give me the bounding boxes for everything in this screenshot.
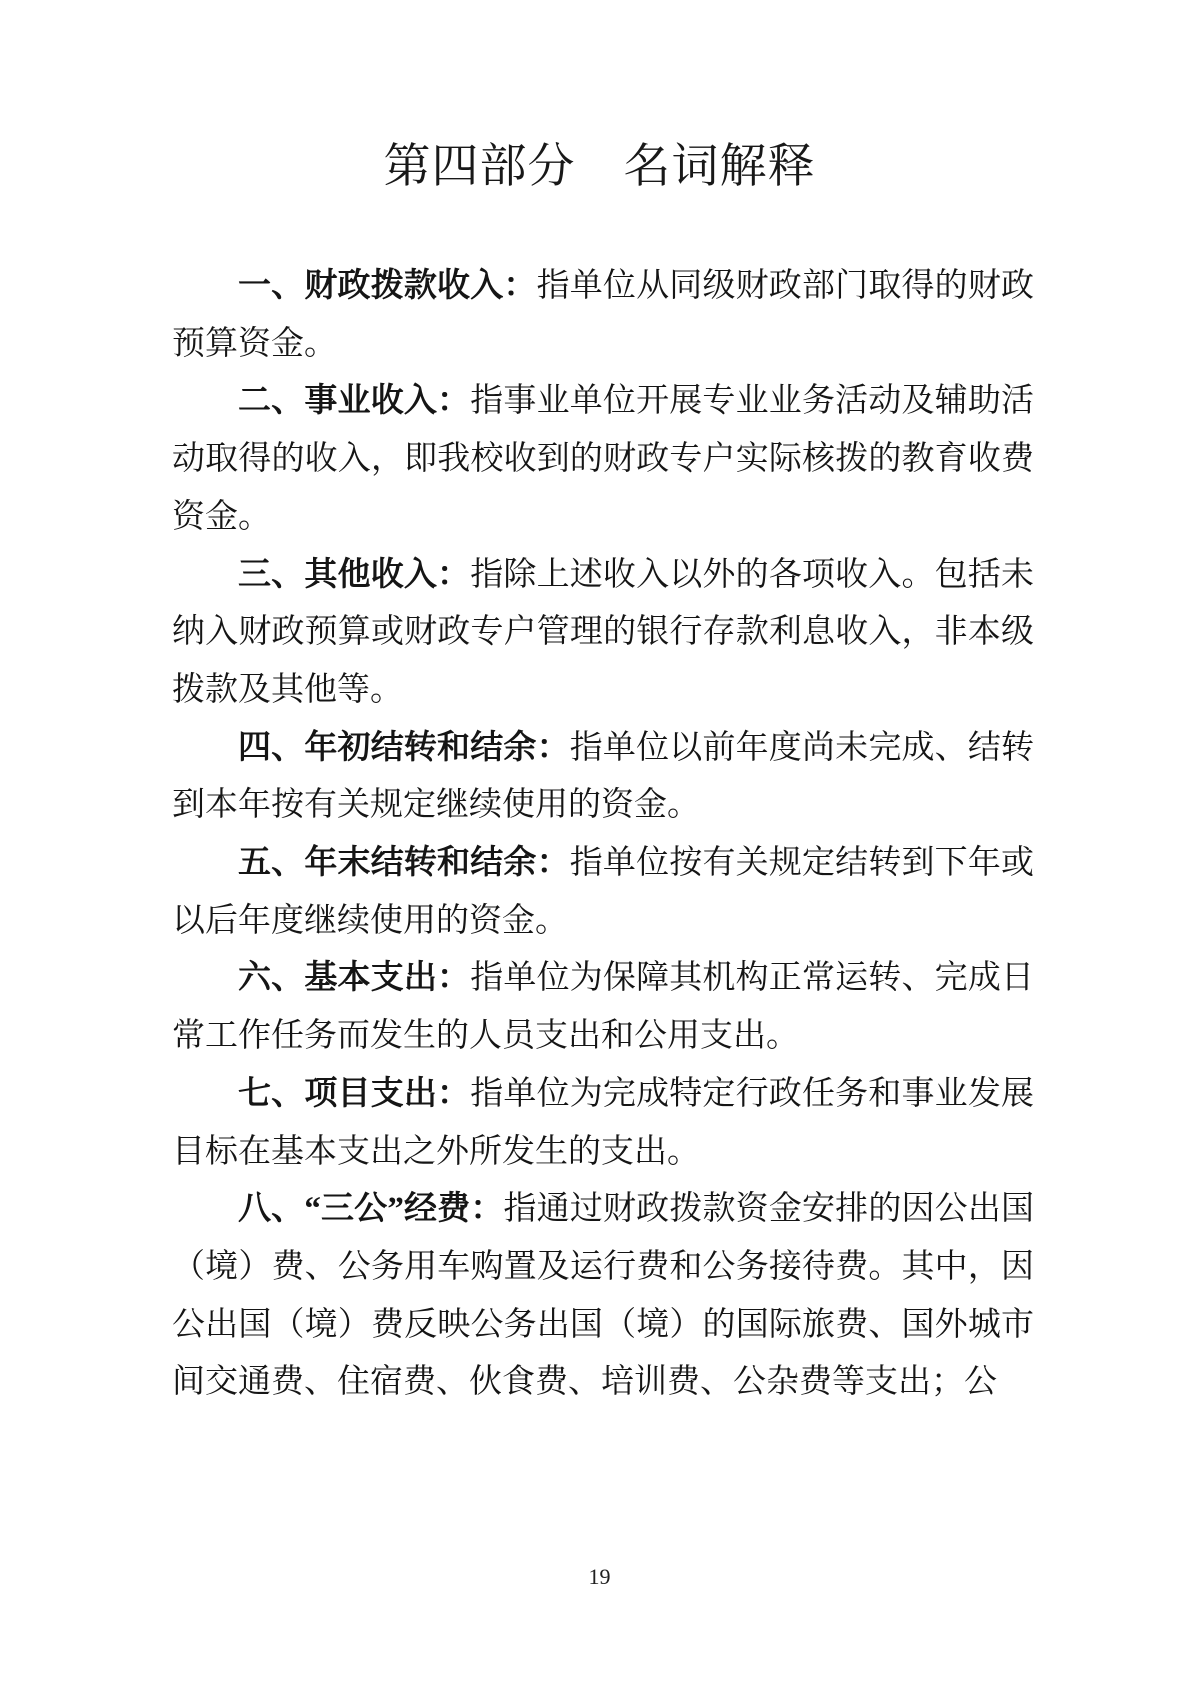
definition-paragraph: 四、年初结转和结余：指单位以前年度尚未完成、结转到本年按有关规定继续使用的资金。 [172, 720, 1034, 835]
definition-paragraph: 二、事业收入：指事业单位开展专业业务活动及辅助活动取得的收入，即我校收到的财政专… [172, 373, 1034, 546]
definition-paragraph: 三、其他收入：指除上述收入以外的各项收入。包括未纳入财政预算或财政专户管理的银行… [172, 547, 1034, 720]
definition-paragraph: 七、项目支出：指单位为完成特定行政任务和事业发展目标在基本支出之外所发生的支出。 [172, 1066, 1034, 1181]
term-label: 五、年末结转和结余： [238, 845, 570, 881]
definition-paragraph: 八、“三公”经费：指通过财政拨款资金安排的因公出国（境）费、公务用车购置及运行费… [172, 1181, 1034, 1412]
term-label: 三、其他收入： [238, 557, 470, 593]
definition-paragraph: 六、基本支出：指单位为保障其机构正常运转、完成日常工作任务而发生的人员支出和公用… [172, 950, 1034, 1065]
definitions-section: 一、财政拨款收入：指单位从同级财政部门取得的财政预算资金。 二、事业收入：指事业… [172, 258, 1034, 1412]
document-page: 第四部分 名词解释 一、财政拨款收入：指单位从同级财政部门取得的财政预算资金。 … [0, 0, 1199, 1696]
definition-paragraph: 一、财政拨款收入：指单位从同级财政部门取得的财政预算资金。 [172, 258, 1034, 373]
term-label: 八、“三公”经费： [238, 1191, 504, 1227]
page-number: 19 [0, 1562, 1199, 1592]
page-title: 第四部分 名词解释 [0, 136, 1199, 198]
term-label: 六、基本支出： [238, 960, 470, 996]
definition-paragraph: 五、年末结转和结余：指单位按有关规定结转到下年或以后年度继续使用的资金。 [172, 835, 1034, 950]
term-label: 四、年初结转和结余： [238, 730, 570, 766]
term-label: 一、财政拨款收入： [238, 268, 537, 304]
term-label: 二、事业收入： [238, 383, 470, 419]
term-label: 七、项目支出： [238, 1076, 470, 1112]
